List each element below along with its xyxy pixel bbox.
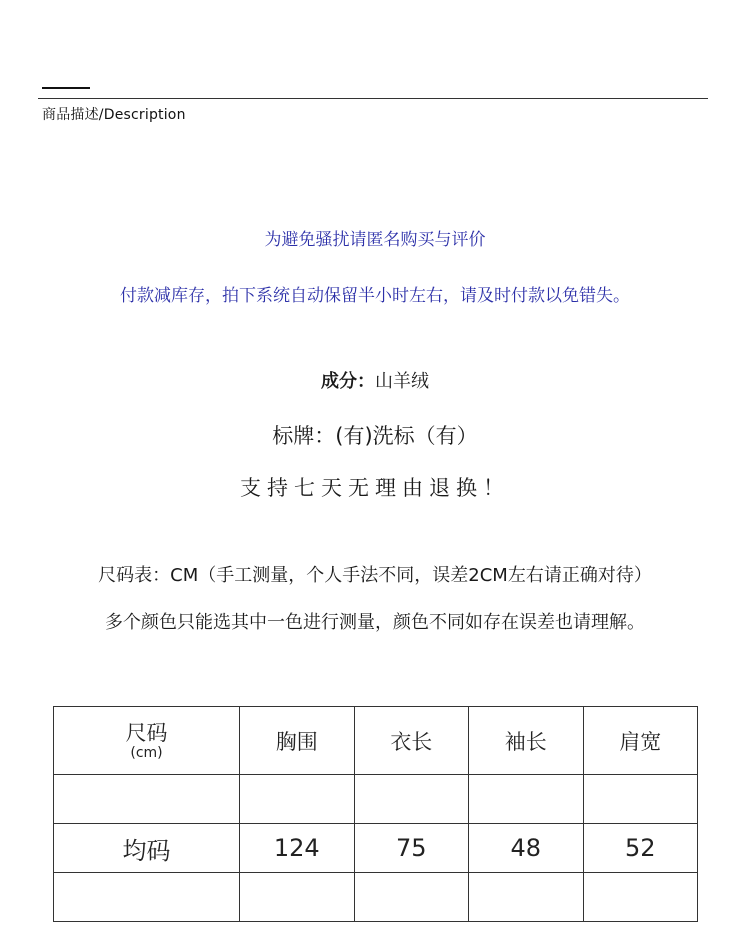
material-label: 成分：: [321, 371, 375, 392]
decorative-short-bar: [42, 87, 90, 89]
table-cell: [54, 873, 240, 922]
table-cell: [583, 775, 697, 824]
table-cell: 48: [469, 824, 583, 873]
table-cell: 75: [354, 824, 468, 873]
header-shoulder: 肩宽: [583, 707, 697, 775]
material-line: 成分：山羊绒: [0, 367, 750, 393]
table-cell: [583, 873, 697, 922]
size-table: 尺码 (cm) 胸围 衣长 袖长 肩宽 均码 124 75 48 52: [53, 706, 698, 922]
table-cell: 124: [240, 824, 355, 873]
section-title: 商品描述/Description: [42, 104, 186, 124]
size-chart-note: 尺码表：CM（手工测量，个人手法不同，误差2CM左右请正确对待）: [0, 561, 750, 587]
table-cell: [469, 873, 583, 922]
table-cell: [354, 873, 468, 922]
material-value: 山羊绒: [375, 371, 429, 392]
table-cell: [240, 775, 355, 824]
table-row: 均码 124 75 48 52: [54, 824, 698, 873]
return-policy: 支持七天无理由退换！: [0, 472, 750, 502]
table-cell: [54, 775, 240, 824]
table-cell: [469, 775, 583, 824]
table-row: [54, 873, 698, 922]
payment-stock-notice: 付款减库存，拍下系统自动保留半小时左右，请及时付款以免错失。: [0, 281, 750, 306]
table-cell: 均码: [54, 824, 240, 873]
table-cell: 52: [583, 824, 697, 873]
table-header-row: 尺码 (cm) 胸围 衣长 袖长 肩宽: [54, 707, 698, 775]
table-row: [54, 775, 698, 824]
tag-line: 标牌：(有)洗标（有）: [0, 420, 750, 450]
header-chest: 胸围: [240, 707, 355, 775]
header-length: 衣长: [354, 707, 468, 775]
table-cell: [354, 775, 468, 824]
header-size: 尺码 (cm): [54, 707, 240, 775]
header-sleeve: 袖长: [469, 707, 583, 775]
section-divider: [38, 98, 708, 99]
anonymous-purchase-notice: 为避免骚扰请匿名购买与评价: [0, 225, 750, 250]
color-measurement-note: 多个颜色只能选其中一色进行测量，颜色不同如存在误差也请理解。: [0, 608, 750, 634]
table-cell: [240, 873, 355, 922]
